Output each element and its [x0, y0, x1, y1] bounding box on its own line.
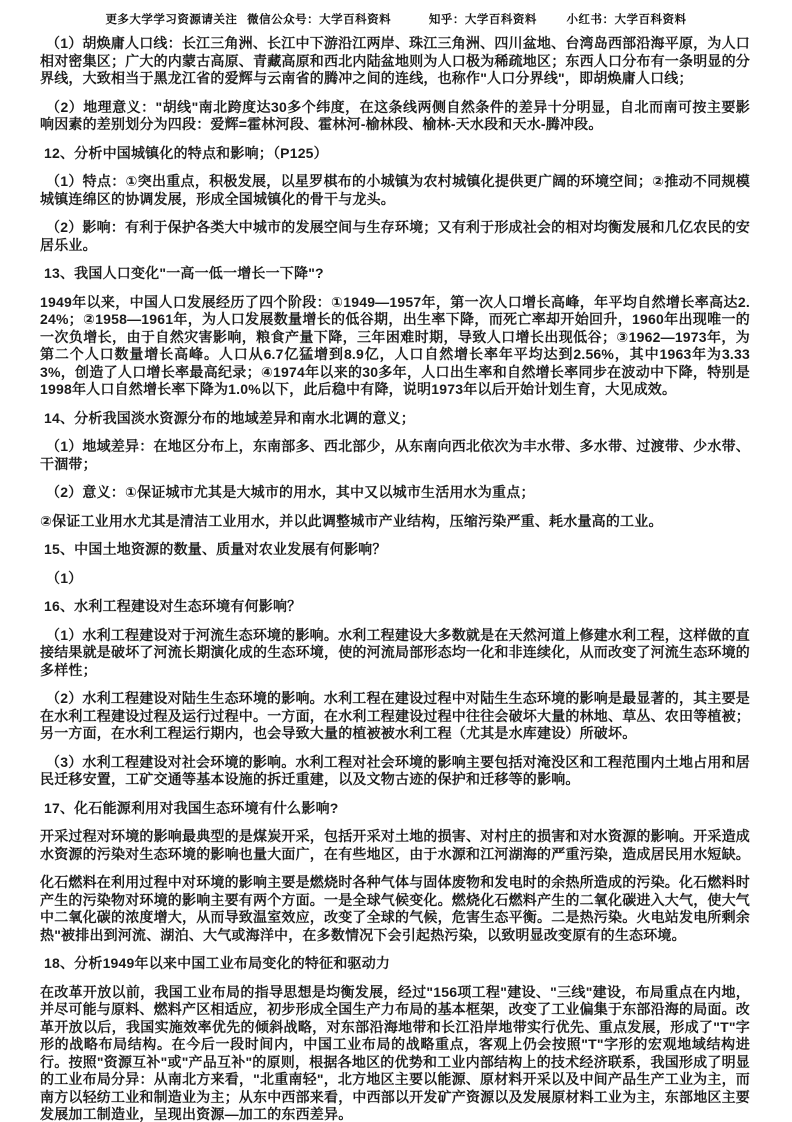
answer-16-land-ecology: （2）水利工程建设对陆生生态环境的影响。水利工程在建设过程中对陆生生态环境的影响…	[40, 690, 750, 743]
question-17-fossil-energy: 17、化石能源利用对我国生态环境有什么影响?	[40, 800, 750, 818]
answer-18-industry-layout: 在改革开放以前，我国工业布局的指导思想是均衡发展，经过"156项工程"建设、"三…	[40, 984, 750, 1122]
header-wechat-label: 微信公众号：	[247, 11, 319, 27]
answer-15-placeholder: （1）	[40, 570, 750, 588]
answer-16-social-impact: （3）水利工程建设对社会环境的影响。水利工程对社会环境的影响主要包括对淹没区和工…	[40, 754, 750, 789]
question-18-industry-layout: 18、分析1949年以来中国工业布局变化的特征和驱动力	[40, 955, 750, 973]
question-13-population: 13、我国人口变化"一高一低一增长一下降"?	[40, 265, 750, 283]
answer-hu-line-definition: （1）胡焕庸人口线：长江三角洲、长江中下游沿江两岸、珠江三角洲、四川盆地、台湾岛…	[40, 35, 750, 88]
header-xiaohongshu-name: 大学百科资料	[615, 11, 687, 27]
question-16-water-projects: 16、水利工程建设对生态环境有何影响？	[40, 598, 750, 616]
answer-14-significance-2: ②保证工业用水尤其是清洁工业用水，并以此调整城市产业结构，压缩污染严重、耗水量高…	[40, 513, 750, 531]
header-zhihu-label: 知乎：	[429, 11, 465, 27]
question-15-land-resources: 15、中国土地资源的数量、质量对农业发展有何影响？	[40, 541, 750, 559]
answer-17-burning-impact: 化石燃料在利用过程中对环境的影响主要是燃烧时各种气体与固体废物和发电时的余热所造…	[40, 874, 750, 944]
answer-16-river-ecology: （1）水利工程建设对于河流生态环境的影响。水利工程建设大多数就是在天然河道上修建…	[40, 627, 750, 680]
answer-hu-line-significance: （2）地理意义："胡线"南北跨度达30多个纬度，在这条线两侧自然条件的差异十分明…	[40, 99, 750, 134]
question-12-urbanization: 12、分析中国城镇化的特点和影响；（P125）	[40, 145, 750, 163]
header-prefix: 更多大学学习资源请关注	[105, 11, 237, 27]
answer-14-significance-1: （2）意义：①保证城市尤其是大城市的用水，其中又以城市生活用水为重点；	[40, 484, 750, 502]
header-zhihu-name: 大学百科资料	[465, 11, 537, 27]
answer-12-features: （1）特点：①突出重点，积极发展，以星罗棋布的小城镇为农村城镇化提供更广阔的环境…	[40, 173, 750, 208]
answer-14-regional-diff: （1）地域差异：在地区分布上，东南部多、西北部少，从东南向西北依次为丰水带、多水…	[40, 438, 750, 473]
header-wechat-name: 大学百科资料	[319, 11, 391, 27]
answer-17-mining-impact: 开采过程对环境的影响最典型的是煤炭开采，包括开采对土地的损害、对村庄的损害和对水…	[40, 828, 750, 863]
document-page: 更多大学学习资源请关注 微信公众号：大学百科资料 知乎：大学百科资料 小红书：大…	[0, 0, 792, 1122]
answer-13-population-stages: 1949年以来，中国人口发展经历了四个阶段：①1949—1957年，第一次人口增…	[40, 294, 750, 399]
answer-12-impacts: （2）影响：有利于保护各类大中城市的发展空间与生存环境；又有利于形成社会的相对均…	[40, 219, 750, 254]
question-14-freshwater: 14、分析我国淡水资源分布的地域差异和南水北调的意义；	[40, 410, 750, 428]
header-xiaohongshu-label: 小红书：	[567, 11, 615, 27]
page-header: 更多大学学习资源请关注 微信公众号：大学百科资料 知乎：大学百科资料 小红书：大…	[0, 0, 792, 27]
document-body: （1）胡焕庸人口线：长江三角洲、长江中下游沿江两岸、珠江三角洲、四川盆地、台湾岛…	[0, 27, 792, 1122]
